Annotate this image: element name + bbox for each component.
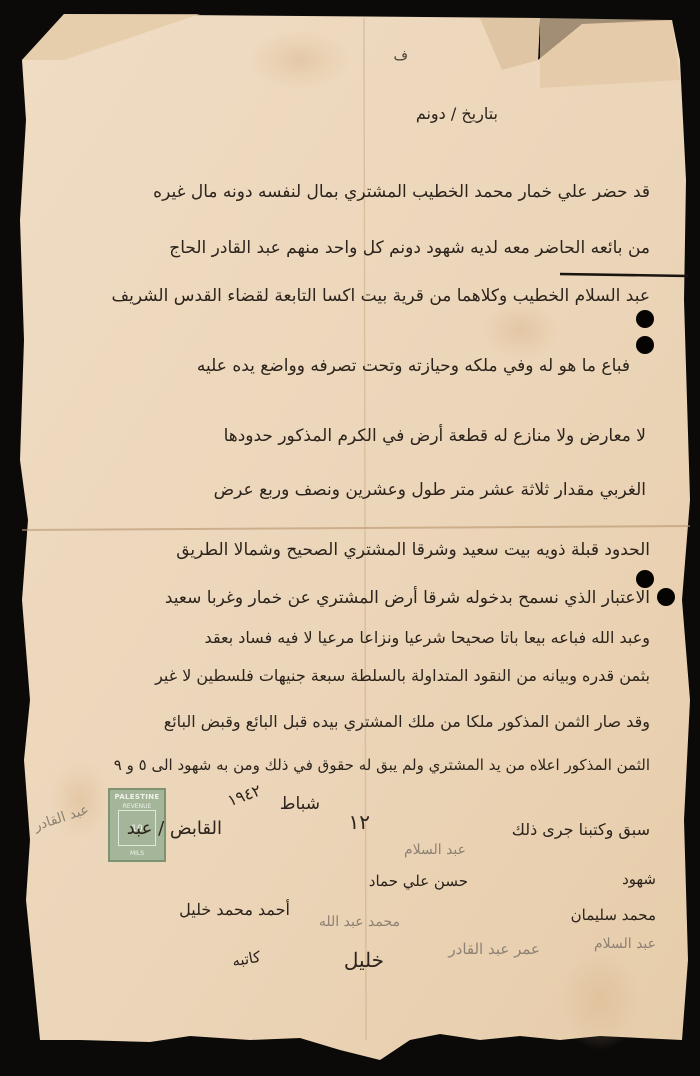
signature: أحمد محمد خليل [179,900,290,919]
body-line: الغربي مقدار ثلاثة عشر متر طول وعشرين ون… [214,480,646,500]
signature: عمر عبد القادر [448,940,540,958]
stamp-value-label: MILS [110,850,164,857]
signature: محمد عبد الله [319,914,400,930]
body-line: سبق وكتبنا جرى ذلك [512,820,650,839]
body-line: الاعتبار الذي نسمح بدخوله شرقا أرض المشت… [165,588,650,608]
stamp-type: REVENUE [110,803,164,810]
signature: حسن علي حماد [369,872,468,890]
body-line: وقد صار الثمن المذكور ملكا من ملك المشتر… [164,712,650,731]
body-line: وعبد الله فباعه بيعا باتا صحيحا شرعيا ون… [205,628,650,647]
body-line: من بائعه الحاضر معه لديه شهود دونم كل وا… [169,238,650,258]
header-mark: ف [393,48,408,64]
date-day: ١٢ [349,810,370,834]
punch-hole [636,336,654,354]
seller-label: القابض / عبد [127,818,222,839]
signature: عبد السلام [594,936,656,952]
body-line: الحدود قبلة ذويه بيت سعيد وشرقا المشتري … [176,540,650,560]
signature: محمد سليمان [571,906,656,924]
stamp-country: PALESTINE [110,793,164,801]
body-line: الثمن المذكور اعلاه من يد المشتري ولم يب… [114,756,650,774]
body-line: فباع ما هو له وفي ملكه وحيازته وتحت تصرف… [197,356,630,376]
punch-hole [657,588,675,606]
signature: عبد السلام [404,842,466,858]
punch-hole [636,570,654,588]
date-line-top: بتاريخ / دونم [416,104,498,123]
document-photo: ف بتاريخ / دونم قد حضر علي خمار محمد الخ… [0,0,700,1076]
witness-label: شهود [622,870,656,888]
body-line: عبد السلام الخطيب وكلاهما من قرية بيت اك… [112,286,650,306]
body-line: قد حضر علي خمار محمد الخطيب المشتري بمال… [153,182,650,202]
punch-hole [636,310,654,328]
body-line: لا معارض ولا منازع له قطعة أرض في الكرم … [224,426,646,446]
date-month: شباط [280,794,320,814]
signature: خليل [344,948,384,972]
body-line: بثمن قدره وبيانه من النقود المتداولة بال… [155,666,650,685]
